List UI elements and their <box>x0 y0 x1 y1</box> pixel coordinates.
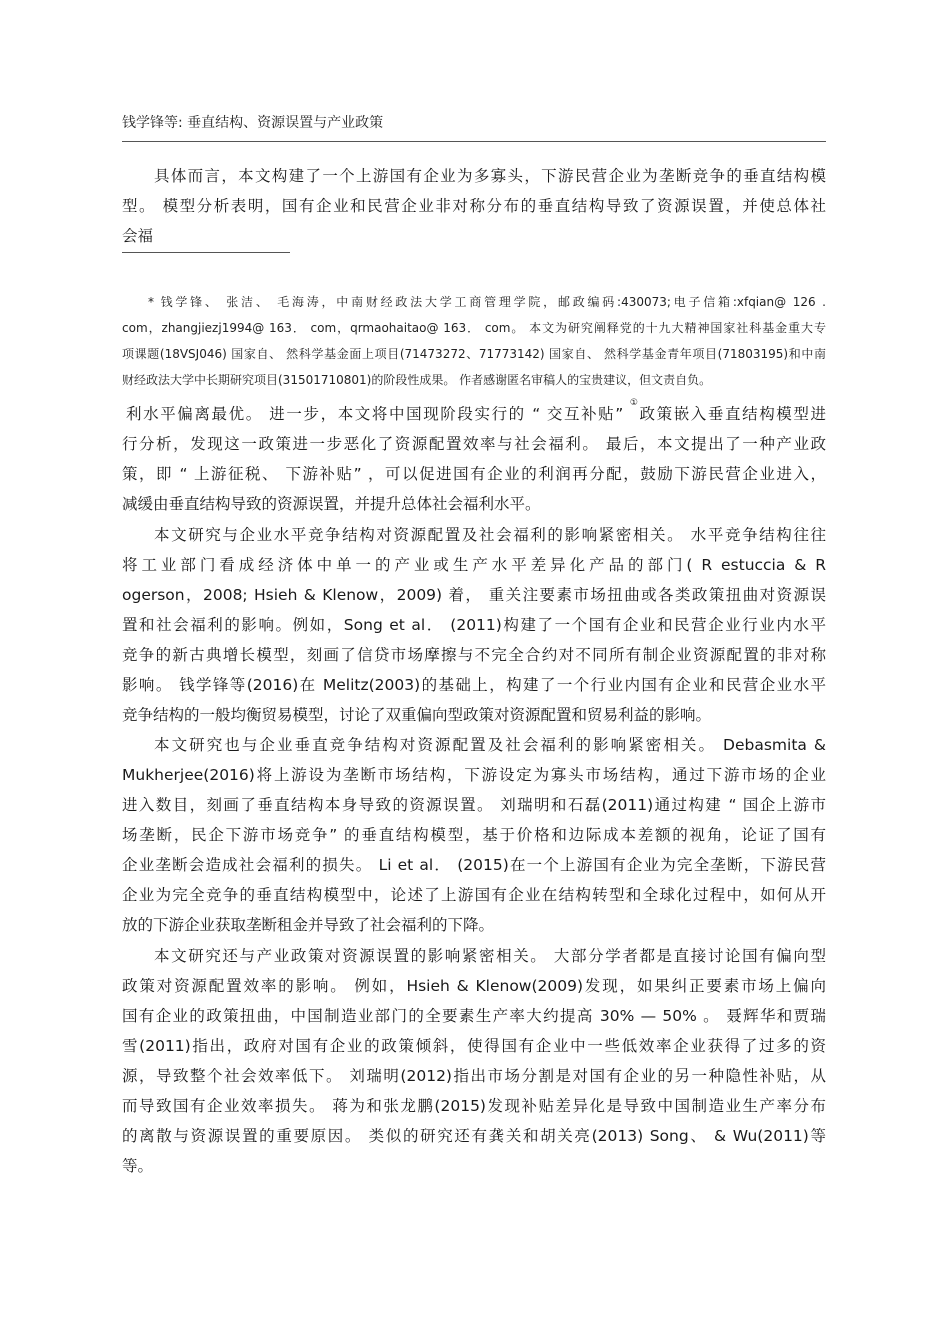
text-line: 置和社会福利的影响。例如，Song et al． (2011)构建了一个国有企业… <box>122 610 826 640</box>
footnote-line: * 钱学锋、 张洁、 毛海涛，中南财经政法大学工商管理学院，邮政编码:43007… <box>122 289 826 315</box>
text-line: ogerson，2008; Hsieh & Klenow，2009) 着， 重关… <box>122 580 826 610</box>
text-line: 国有企业的政策扭曲，中国制造业部门的全要素生产率大约提高 30% — 50% 。… <box>122 1001 826 1031</box>
text-line: 雪(2011)指出，政府对国有企业的政策倾斜，使得国有企业中一些低效率企业获得了… <box>122 1031 826 1061</box>
text-line: 竞争的新古典增长模型，刻画了信贷市场摩擦与不完全合约对不同所有制企业资源配置的非… <box>122 640 826 670</box>
text-line: 企业垄断会造成社会福利的损失。 Li et al． (2015)在一个上游国有企… <box>122 850 826 880</box>
footnote-line: 项课题(18VSJ046) 国家自、 然科学基金面上项目(71473272、71… <box>122 341 826 367</box>
header-rule <box>122 141 826 142</box>
text-line: 放的下游企业获取垄断租金并导致了社会福利的下降。 <box>122 910 826 940</box>
footnote: * 钱学锋、 张洁、 毛海涛，中南财经政法大学工商管理学院，邮政编码:43007… <box>122 289 826 393</box>
text-line: 的离散与资源误置的重要原因。 类似的研究还有龚关和胡关亮(2013) Song、… <box>122 1121 826 1151</box>
text-line: 利水平偏离最优。 进一步，本文将中国现阶段实行的 “ 交互补贴” ①政策嵌入垂直… <box>122 399 826 429</box>
text-line: 本文研究与企业水平竞争结构对资源配置及社会福利的影响紧密相关。 水平竞争结构往往 <box>122 520 826 550</box>
text-line: 本文研究还与产业政策对资源误置的影响紧密相关。 大部分学者都是直接讨论国有偏向型 <box>122 941 826 971</box>
text-line: 场垄断，民企下游市场竞争” 的垂直结构模型，基于价格和边际成本差额的视角，论证了… <box>122 820 826 850</box>
paragraph-horizontal-competition: 本文研究与企业水平竞争结构对资源配置及社会福利的影响紧密相关。 水平竞争结构往往… <box>122 520 826 730</box>
text-line: 竞争结构的一般均衡贸易模型，讨论了双重偏向型政策对资源配置和贸易利益的影响。 <box>122 700 826 730</box>
footnote-separator <box>122 252 290 253</box>
text-line: 进入数目，刻画了垂直结构本身导致的资源误置。 刘瑞明和石磊(2011)通过构建 … <box>122 790 826 820</box>
text-line: 减缓由垂直结构导致的资源误置，并提升总体社会福利水平。 <box>122 489 826 519</box>
text-line: 将工业部门看成经济体中单一的产业或生产水平差异化产品的部门( R estucci… <box>122 550 826 580</box>
paragraph-intro: 具体而言，本文构建了一个上游国有企业为多寡头，下游民营企业为垄断竞争的垂直结构模… <box>122 161 826 251</box>
paragraph-industrial-policy: 本文研究还与产业政策对资源误置的影响紧密相关。 大部分学者都是直接讨论国有偏向型… <box>122 941 826 1181</box>
text-segment: 利水平偏离最优。 进一步，本文将中国现阶段实行的 “ 交互补贴” <box>126 405 623 423</box>
text-line: 企业为完全竞争的垂直结构模型中，论述了上游国有企业在结构转型和全球化过程中，如何… <box>122 880 826 910</box>
text-line: 会福 <box>122 221 826 251</box>
text-line: 而导致国有企业效率损失。 蒋为和张龙鹏(2015)发现补贴差异化是导致中国制造业… <box>122 1091 826 1121</box>
paragraph-vertical-competition: 本文研究也与企业垂直竞争结构对资源配置及社会福利的影响紧密相关。 Debasmi… <box>122 730 826 940</box>
footnote-line: com，zhangjiezj1994@ 163． com，qrmaohaitao… <box>122 315 826 341</box>
text-line: 本文研究也与企业垂直竞争结构对资源配置及社会福利的影响紧密相关。 Debasmi… <box>122 730 826 760</box>
paragraph-continued: 利水平偏离最优。 进一步，本文将中国现阶段实行的 “ 交互补贴” ①政策嵌入垂直… <box>122 399 826 519</box>
footnote-line: 财经政法大学中长期研究项目(31501710801)的阶段性成果。 作者感谢匿名… <box>122 367 826 393</box>
footnote-marker[interactable]: ① <box>630 398 640 408</box>
running-head: 钱学锋等: 垂直结构、资源误置与产业政策 <box>122 112 383 132</box>
text-segment: 政策嵌入垂直结构模型进 <box>640 405 826 423</box>
text-line: Mukherjee(2016)将上游设为垄断市场结构，下游设定为寡头市场结构，通… <box>122 760 826 790</box>
text-line: 策，即 “ 上游征税、 下游补贴” ，可以促进国有企业的利润再分配，鼓励下游民营… <box>122 459 826 489</box>
text-line: 影响。 钱学锋等(2016)在 Melitz(2003)的基础上，构建了一个行业… <box>122 670 826 700</box>
text-line: 具体而言，本文构建了一个上游国有企业为多寡头，下游民营企业为垄断竞争的垂直结构模 <box>122 161 826 191</box>
text-line: 型。 模型分析表明，国有企业和民营企业非对称分布的垂直结构导致了资源误置，并使总… <box>122 191 826 221</box>
text-line: 等。 <box>122 1151 826 1181</box>
text-line: 行分析，发现这一政策进一步恶化了资源配置效率与社会福利。 最后，本文提出了一种产… <box>122 429 826 459</box>
text-line: 政策对资源配置效率的影响。 例如，Hsieh & Klenow(2009)发现，… <box>122 971 826 1001</box>
text-line: 源，导致整个社会效率低下。 刘瑞明(2012)指出市场分割是对国有企业的另一种隐… <box>122 1061 826 1091</box>
